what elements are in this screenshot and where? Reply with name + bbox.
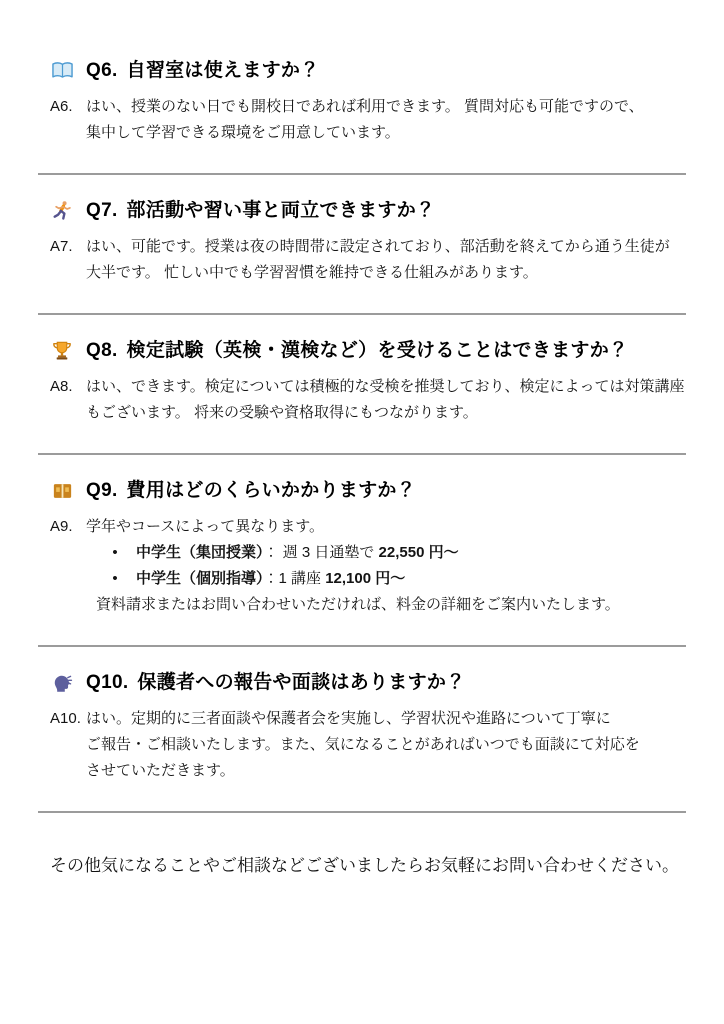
answer-line: はい、授業のない日でも開校日であれば利用できます。 質問対応も可能ですので、 [86, 94, 704, 120]
course-detail: ：1 講座 [264, 570, 326, 587]
course-price: 12,100 円～ [325, 570, 405, 587]
bullet-icon: • [110, 566, 120, 592]
faq-item-q9: Q9. 費用はどのくらいかかりますか？ A9. 学年やコースによって異なります。… [0, 477, 724, 618]
price-list: •中学生（集団授業）： 週 3 日通塾で 22,550 円～ •中学生（個別指導… [86, 540, 704, 592]
faq-item-q6: Q6. 自習室は使えますか？ A6. はい、授業のない日でも開校日であれば利用で… [0, 57, 724, 146]
price-list-item: •中学生（集団授業）： 週 3 日通塾で 22,550 円～ [110, 540, 704, 566]
course-name: 中学生（集団授業） [136, 544, 264, 561]
answer-number: A8. [50, 374, 86, 426]
trophy-icon [50, 340, 74, 362]
answer-q6: A6. はい、授業のない日でも開校日であれば利用できます。 質問対応も可能ですの… [50, 94, 704, 146]
answer-number: A7. [50, 234, 86, 286]
question-heading-q7: Q7. 部活動や習い事と両立できますか？ [50, 197, 704, 224]
bullet-icon: • [110, 540, 120, 566]
question-text: 保護者への報告や面談はありますか？ [137, 669, 465, 696]
question-text: 部活動や習い事と両立できますか？ [127, 197, 436, 224]
open-book-icon [50, 60, 74, 82]
course-name: 中学生（個別指導） [136, 570, 264, 587]
question-heading-q6: Q6. 自習室は使えますか？ [50, 57, 704, 84]
answer-line: 集中して学習できる環境をご用意しています。 [86, 120, 704, 146]
answer-q10: A10. はい。定期的に三者面談や保護者会を実施し、学習状況や進路について丁寧に… [50, 706, 704, 784]
section-divider [38, 313, 686, 315]
answer-q8: A8. はい、できます。検定については積極的な受検を推奨しており、検定によっては… [50, 374, 704, 426]
speaking-head-icon [50, 672, 74, 694]
answer-line: 大半です。 忙しい中でも学習習慣を維持できる仕組みがあります。 [86, 260, 704, 286]
faq-item-q8: Q8. 検定試験（英検・漢検など）を受けることはできますか？ A8. はい、でき… [0, 337, 724, 426]
answer-q7: A7. はい、可能です。授業は夜の時間帯に設定されており、部活動を終えてから通う… [50, 234, 704, 286]
question-number: Q8. [86, 337, 118, 364]
closing-message: その他気になることやご相談などございましたらお気軽にお問い合わせください。 [50, 853, 704, 879]
answer-line: ご報告・ご相談いたします。また、気になることがあればいつでも面談にて対応を [86, 732, 704, 758]
question-number: Q9. [86, 477, 118, 504]
question-number: Q10. [86, 669, 128, 696]
answer-line: させていただきます。 [86, 758, 704, 784]
answer-number: A9. [50, 514, 86, 618]
question-number: Q6. [86, 57, 118, 84]
answer-line: はい。定期的に三者面談や保護者会を実施し、学習状況や進路について丁寧に [86, 706, 704, 732]
section-divider [38, 811, 686, 813]
question-heading-q9: Q9. 費用はどのくらいかかりますか？ [50, 477, 704, 504]
answer-line: はい、できます。検定については積極的な受検を推奨しており、検定によっては対策講座 [86, 374, 704, 400]
question-heading-q10: Q10. 保護者への報告や面談はありますか？ [50, 669, 704, 696]
question-text: 費用はどのくらいかかりますか？ [127, 477, 417, 504]
question-text: 検定試験（英検・漢検など）を受けることはできますか？ [127, 337, 629, 364]
course-price: 22,550 円～ [379, 544, 459, 561]
answer-intro: 学年やコースによって異なります。 [86, 514, 704, 540]
section-divider [38, 173, 686, 175]
faq-page: Q6. 自習室は使えますか？ A6. はい、授業のない日でも開校日であれば利用で… [0, 0, 724, 879]
course-detail: ： 週 3 日通塾で [264, 544, 379, 561]
ledger-books-icon [50, 480, 74, 502]
section-divider [38, 453, 686, 455]
question-heading-q8: Q8. 検定試験（英検・漢検など）を受けることはできますか？ [50, 337, 704, 364]
section-divider [38, 645, 686, 647]
faq-item-q7: Q7. 部活動や習い事と両立できますか？ A7. はい、可能です。授業は夜の時間… [0, 197, 724, 286]
question-text: 自習室は使えますか？ [127, 57, 320, 84]
price-note: 資料請求またはお問い合わせいただければ、料金の詳細をご案内いたします。 [96, 592, 704, 618]
answer-number: A6. [50, 94, 86, 146]
runner-icon [50, 200, 74, 222]
question-number: Q7. [86, 197, 118, 224]
answer-number: A10. [50, 706, 86, 784]
price-list-item: •中学生（個別指導）：1 講座 12,100 円～ [110, 566, 704, 592]
answer-line: はい、可能です。授業は夜の時間帯に設定されており、部活動を終えてから通う生徒が [86, 234, 704, 260]
answer-line: もございます。 将来の受験や資格取得にもつながります。 [86, 400, 704, 426]
faq-item-q10: Q10. 保護者への報告や面談はありますか？ A10. はい。定期的に三者面談や… [0, 669, 724, 784]
answer-q9: A9. 学年やコースによって異なります。 •中学生（集団授業）： 週 3 日通塾… [50, 514, 704, 618]
